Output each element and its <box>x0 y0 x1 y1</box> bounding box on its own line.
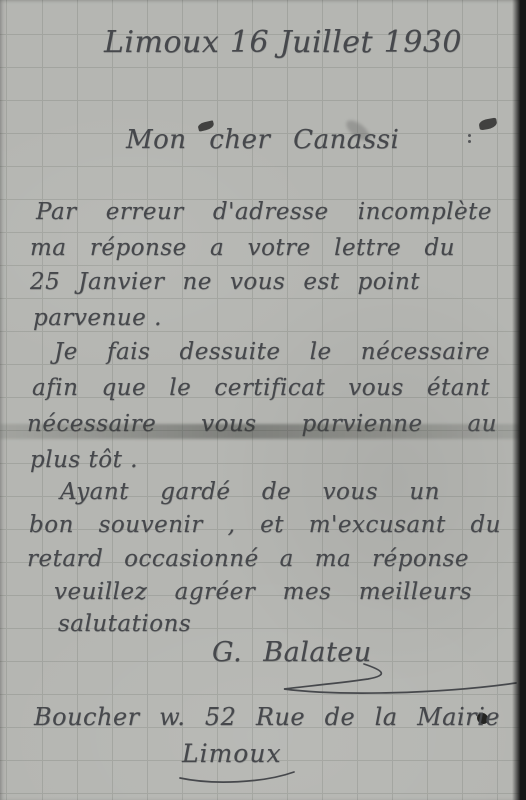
body-line: 25 Janvier ne vous est point <box>30 270 420 295</box>
body-line: veuillez agréer mes meilleurs <box>54 580 472 605</box>
scan-edge-shadow <box>512 0 526 800</box>
body-line: bon souvenir , et m'excusant du <box>29 513 501 538</box>
body-line: Par erreur d'adresse incomplète <box>36 200 492 225</box>
body-line: salutations <box>58 612 238 637</box>
address-line: Boucher w. 52 Rue de la Mairie <box>34 704 500 730</box>
body-line: afin que le certificat vous étant <box>32 376 490 401</box>
body-line: parvenue . <box>33 306 173 331</box>
city-line: Limoux <box>182 740 282 768</box>
body-line: nécessaire vous parvienne au <box>27 412 497 437</box>
ink-dots <box>468 134 471 137</box>
letter-dateline: Limoux 16 Juillet 1930 <box>104 26 462 59</box>
signature-flourish <box>278 662 524 702</box>
letter-salutation: Mon cher Canassi <box>126 126 399 155</box>
ink-mark-right <box>478 118 497 131</box>
body-line: Ayant gardé de vous un <box>60 480 440 505</box>
body-line: plus tôt . <box>30 448 140 473</box>
city-underline-flourish <box>178 768 308 786</box>
body-line: retard occasionné a ma réponse <box>27 547 469 572</box>
body-line: Je fais dessuite le nécessaire <box>54 340 490 365</box>
body-line: ma réponse a votre lettre du <box>30 236 455 261</box>
letter-scan-page: Limoux 16 Juillet 1930 Mon cher Canassi … <box>0 0 526 800</box>
